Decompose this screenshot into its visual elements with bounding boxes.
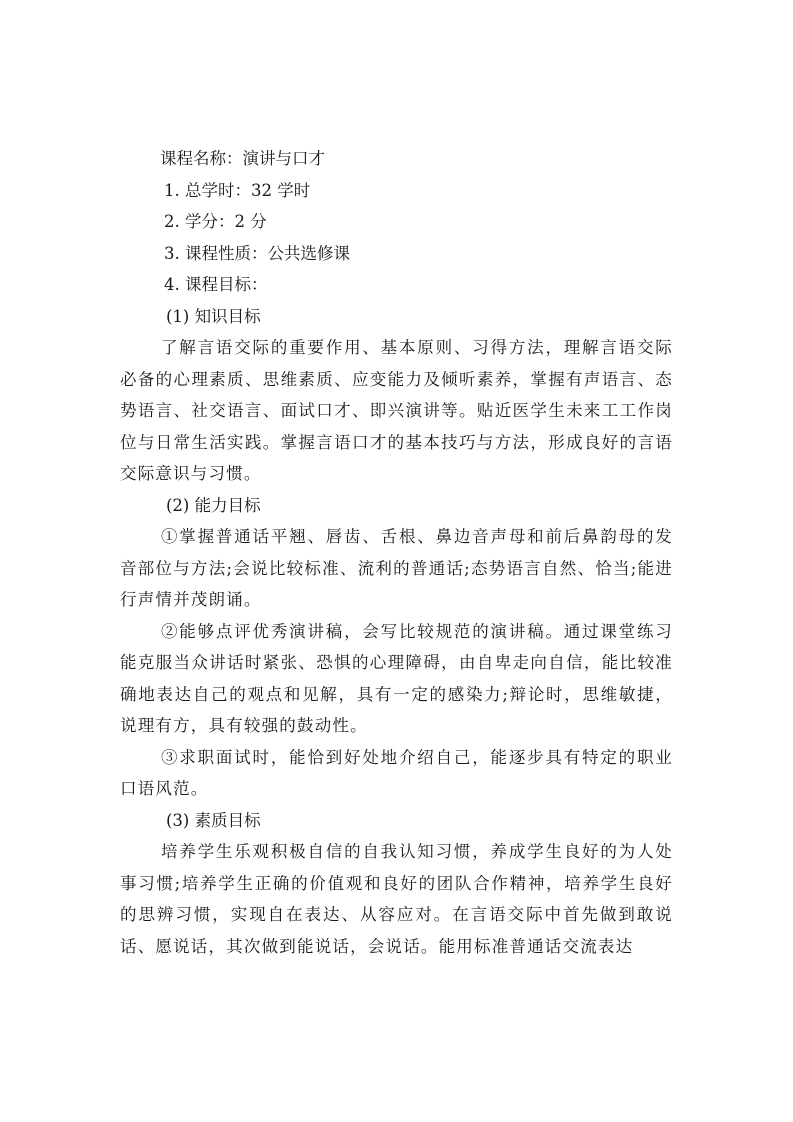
item-course-nature: 3. 课程性质：公共选修课	[120, 238, 673, 270]
ability-paragraph-2: ②能够点评优秀演讲稿，会写比较规范的演讲稿。通过课堂练习能克服当众讲话时紧张、恐…	[120, 616, 673, 742]
item-course-objectives: 4. 课程目标：	[120, 269, 673, 301]
item-total-hours: 1. 总学时：32 学时	[120, 175, 673, 207]
section-heading-ability: (2) 能力目标	[120, 490, 673, 522]
quality-paragraph: 培养学生乐观积极自信的自我认知习惯，养成学生良好的为人处事习惯;培养学生正确的价…	[120, 836, 673, 962]
ability-paragraph-3: ③求职面试时，能恰到好处地介绍自己，能逐步具有特定的职业口语风范。	[120, 742, 673, 805]
document-page: 课程名称：演讲与口才 1. 总学时：32 学时 2. 学分：2 分 3. 课程性…	[120, 143, 673, 962]
item-credits: 2. 学分：2 分	[120, 206, 673, 238]
knowledge-paragraph: 了解言语交际的重要作用、基本原则、习得方法，理解言语交际必备的心理素质、思维素质…	[120, 332, 673, 490]
course-name: 课程名称：演讲与口才	[120, 143, 673, 175]
section-heading-quality: (3) 素质目标	[120, 805, 673, 837]
section-heading-knowledge: (1) 知识目标	[120, 301, 673, 333]
ability-paragraph-1: ①掌握普通话平翘、唇齿、舌根、鼻边音声母和前后鼻韵母的发音部位与方法;会说比较标…	[120, 521, 673, 616]
